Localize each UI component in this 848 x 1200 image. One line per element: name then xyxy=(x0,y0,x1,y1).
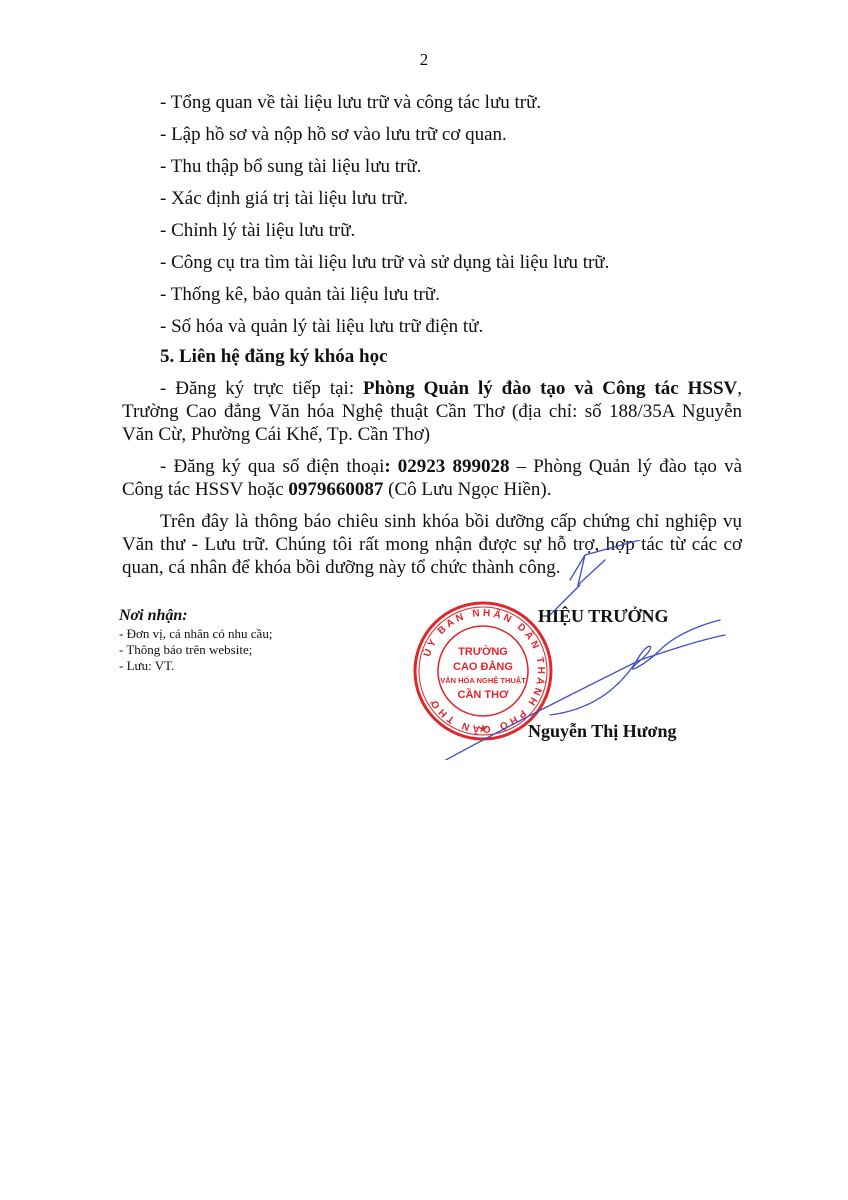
seal-star-icon: ★ xyxy=(479,724,488,735)
list-item: - Thống kê, bảo quản tài liệu lưu trữ. xyxy=(160,284,440,306)
phone-registration-paragraph: - Đăng ký qua số điện thoại: 02923 89902… xyxy=(122,455,742,501)
list-item: - Lập hồ sơ và nộp hồ sơ vào lưu trữ cơ … xyxy=(160,124,507,146)
direct-registration-paragraph: - Đăng ký trực tiếp tại: Phòng Quản lý đ… xyxy=(122,377,742,446)
closing-paragraph: Trên đây là thông báo chiêu sinh khóa bồ… xyxy=(122,510,742,579)
list-item: - Thu thập bổ sung tài liệu lưu trữ. xyxy=(160,156,421,178)
recipients-block: Nơi nhận: - Đơn vị, cá nhân có nhu cầu; … xyxy=(119,606,272,674)
recipient-item: - Lưu: VT. xyxy=(119,658,272,674)
list-item: - Số hóa và quản lý tài liệu lưu trữ điệ… xyxy=(160,316,483,338)
phone-number-1: : 02923 899028 xyxy=(384,456,509,477)
office-name: Phòng Quản lý đào tạo và Công tác HSSV xyxy=(363,378,737,399)
seal-line: TRƯỜNG xyxy=(458,645,508,658)
closing-text: Trên đây là thông báo chiêu sinh khóa bồ… xyxy=(122,511,742,578)
seal-line: CẦN THƠ xyxy=(458,688,510,701)
signer-name: Nguyễn Thị Hương xyxy=(528,721,676,742)
recipients-title: Nơi nhận: xyxy=(119,606,272,626)
recipient-item: - Đơn vị, cá nhân có nhu cầu; xyxy=(119,626,272,642)
list-item: - Tổng quan về tài liệu lưu trữ và công … xyxy=(160,92,541,114)
list-item: - Xác định giá trị tài liệu lưu trữ. xyxy=(160,188,408,210)
section-heading: 5. Liên hệ đăng ký khóa học xyxy=(160,346,388,368)
phone-suffix: (Cô Lưu Ngọc Hiền). xyxy=(383,479,551,500)
list-item: - Chỉnh lý tài liệu lưu trữ. xyxy=(160,220,355,242)
phone-number-2: 0979660087 xyxy=(288,479,383,500)
seal-line: CAO ĐẲNG xyxy=(453,660,513,673)
recipient-item: - Thông báo trên website; xyxy=(119,642,272,658)
page-number: 2 xyxy=(0,50,848,70)
list-item: - Công cụ tra tìm tài liệu lưu trữ và sử… xyxy=(160,252,609,274)
seal-line: VĂN HÓA NGHỆ THUẬT xyxy=(440,676,526,685)
signer-title: HIỆU TRƯỞNG xyxy=(538,606,669,627)
direct-prefix: - Đăng ký trực tiếp tại: xyxy=(160,378,363,399)
phone-prefix: - Đăng ký qua số điện thoại xyxy=(160,456,384,477)
